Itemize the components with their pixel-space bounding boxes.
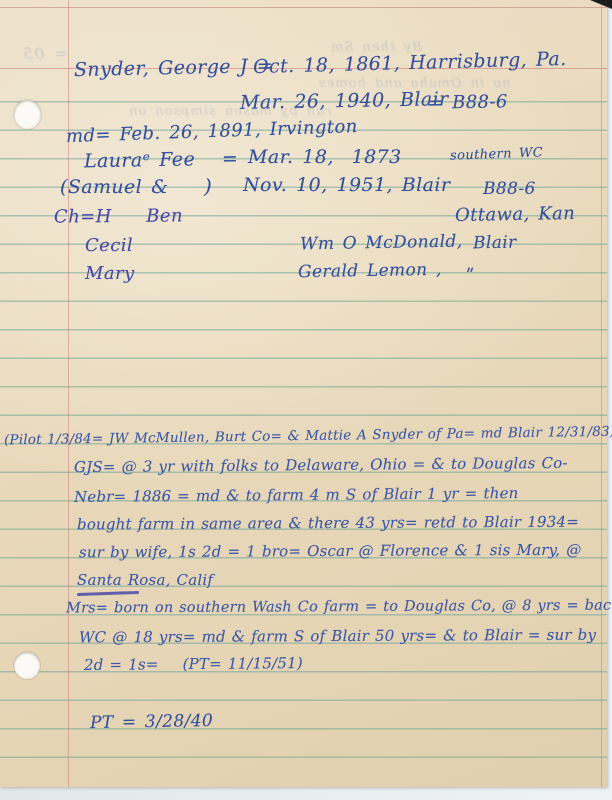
punch-hole-bottom (14, 652, 40, 679)
obit-line-4: sur by wife, 1s 2d = 1 bro= Oscar @ Flor… (79, 541, 581, 562)
source-ref-2: B88-6 (483, 179, 536, 199)
punch-hole-top (14, 100, 41, 129)
mrs-line-1: Mrs= born on southern Wash Co farm = to … (66, 597, 612, 616)
paper-sheet: = 05By then Smno in Omaha and homesrun b… (0, 0, 607, 787)
source-ref-1: = B88-6 (428, 91, 508, 113)
child-mary-spouse: Gerald Lemon , (298, 260, 442, 283)
subject-name: Snyder, George J = (74, 55, 274, 81)
children-header: Ch=H Ben (54, 205, 183, 227)
wife-death-date: Nov. 10, 1951, Blair (243, 174, 450, 196)
wife-parents-open: (Samuel & (60, 176, 168, 198)
pt-date-line: PT = 3/28/40 (90, 711, 214, 733)
wife-birth-date: Mar. 18, 1873 (248, 146, 402, 168)
left-margin-line (68, 0, 69, 787)
wife-name: Lauraᵉ Fee = (84, 148, 239, 173)
obit-line-5: Santa Rosa, Calif (77, 571, 213, 589)
child-cecil: Cecil (85, 235, 133, 256)
mrs-line-2: WC @ 18 yrs= md & farm S of Blair 50 yrs… (79, 626, 596, 647)
wife-parents-close: ) (204, 174, 212, 198)
death-date-place: Mar. 26, 1940, Blair (240, 88, 449, 114)
child-cecil-spouse: Wm O McDonald, (300, 232, 463, 255)
top-margin-line (0, 7, 607, 8)
child-mary: Mary (85, 263, 135, 284)
child-mary-ditto: ʺ (466, 266, 475, 287)
mrs-line-3: 2d = 1s= (PT= 11/15/51) (84, 654, 303, 674)
right-margin-line (601, 0, 602, 787)
bleedthrough-1: = 05 (22, 44, 68, 63)
child-cecil-place: Blair (473, 233, 517, 254)
obit-line-3: bought farm in same area & there 43 yrs=… (77, 513, 579, 534)
child-ben-place: Ottawa, Kan (455, 203, 576, 226)
